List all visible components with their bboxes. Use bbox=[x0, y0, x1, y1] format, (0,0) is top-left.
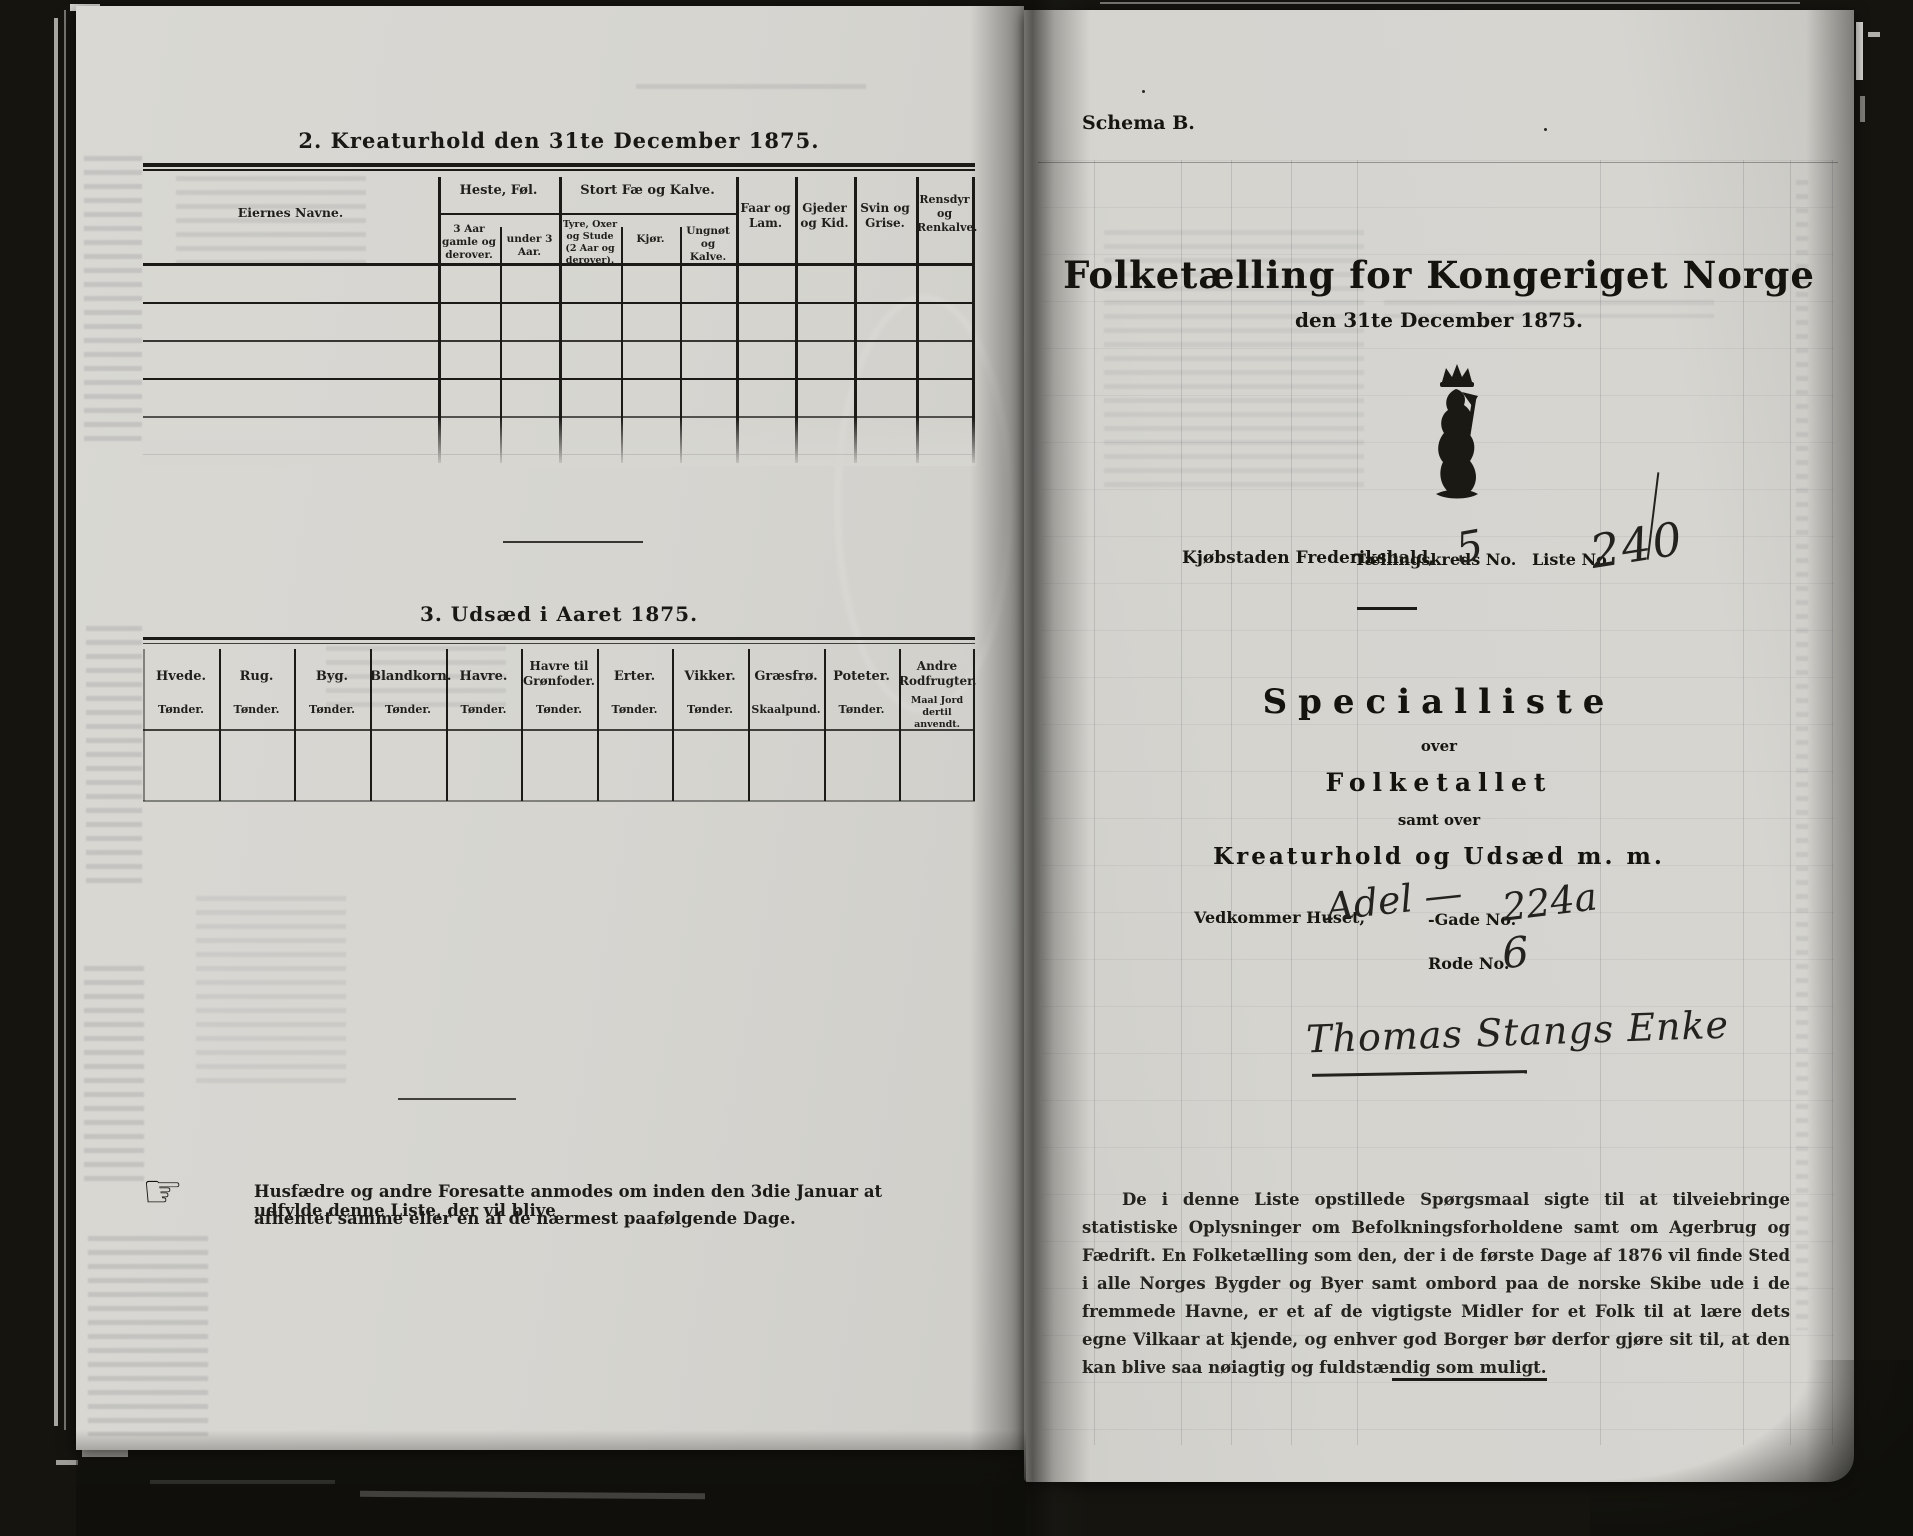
census-subtitle: den 31te December 1875. bbox=[1024, 308, 1854, 332]
bleedthrough-text bbox=[84, 156, 142, 446]
group-stort-fae: Stort Fæ og Kalve. bbox=[559, 183, 736, 199]
bleedthrough-text bbox=[88, 1236, 208, 1436]
table-rule bbox=[438, 213, 559, 215]
table-rule bbox=[143, 263, 975, 266]
unit: Tønder. bbox=[672, 703, 748, 717]
bleedthrough-text bbox=[636, 84, 866, 98]
bleedthrough-text bbox=[196, 896, 346, 1086]
paper-edge-mark bbox=[56, 1460, 78, 1465]
speck bbox=[1494, 1340, 1497, 1343]
kreaturhold-heading: Kreaturhold og Udsæd m. m. bbox=[1024, 843, 1854, 870]
col-poteter: Poteter. bbox=[824, 669, 899, 685]
over-label: over bbox=[1024, 737, 1854, 755]
speck bbox=[1142, 90, 1145, 93]
unit: Tønder. bbox=[219, 703, 294, 717]
rode-no-value-handwritten: 6 bbox=[1500, 927, 1531, 978]
unit: Tønder. bbox=[597, 703, 672, 717]
folketallet-heading: Folketallet bbox=[1024, 768, 1854, 797]
table-rule bbox=[143, 643, 975, 644]
col-hvede: Hvede. bbox=[143, 669, 219, 685]
paper-edge-line bbox=[64, 10, 66, 1430]
col-byg: Byg. bbox=[294, 669, 370, 685]
bleedthrough-text bbox=[84, 966, 144, 1186]
kreaturhold-table: Eiernes Navne. Heste, Føl. 3 Aar gamle o… bbox=[143, 163, 975, 463]
paper-edge-mark bbox=[360, 1491, 705, 1499]
unit: Tønder. bbox=[143, 703, 219, 717]
udsaed-table: Hvede. Rug. Byg. Blandkorn. Havre. Havre… bbox=[143, 637, 975, 805]
bleedthrough-rule bbox=[1790, 160, 1791, 1445]
unit: Maal Jord dertil anvendt. bbox=[899, 695, 975, 731]
col-graesfro: Græsfrø. bbox=[748, 669, 824, 685]
table-rule bbox=[559, 213, 736, 215]
col-faar-lam: Faar og Lam. bbox=[737, 201, 794, 231]
table-rule bbox=[143, 340, 975, 342]
col-eiernes-navne: Eiernes Navne. bbox=[143, 205, 438, 221]
schema-label: Schema B. bbox=[1082, 112, 1195, 134]
table-rule bbox=[143, 163, 975, 167]
col-gjeder-kid: Gjeder og Kid. bbox=[796, 201, 853, 231]
col-andre-rodfrugter: Andre Rodfrugter. bbox=[899, 659, 975, 689]
rode-no-label: Rode No. bbox=[1428, 954, 1510, 973]
table-rule bbox=[143, 637, 975, 640]
col-svin-grise: Svin og Grise. bbox=[855, 201, 915, 231]
sub-3aar: 3 Aar gamle og derover. bbox=[440, 223, 498, 262]
col-vikker: Vikker. bbox=[672, 669, 748, 685]
unit: Tønder. bbox=[824, 703, 899, 717]
footnote-line2: afhentet samme eller en af de nærmest pa… bbox=[254, 1209, 944, 1228]
speck bbox=[1544, 128, 1547, 131]
unit: Tønder. bbox=[370, 703, 446, 717]
paper-edge-mark bbox=[150, 1480, 335, 1484]
unit: Tønder. bbox=[294, 703, 370, 717]
sub-under3aar: under 3 Aar. bbox=[501, 233, 558, 259]
table2-title: 3. Udsæd i Aaret 1875. bbox=[143, 602, 975, 626]
table-rule bbox=[143, 169, 975, 171]
scanned-census-document: 2. Kreaturhold den 31te December 1875. bbox=[0, 0, 1913, 1536]
table-rule bbox=[143, 800, 975, 802]
coat-of-arms-lion-crest bbox=[1420, 362, 1494, 512]
separator-rule bbox=[398, 1098, 516, 1100]
separator-rule bbox=[503, 541, 643, 543]
unit: Skaalpund. bbox=[748, 703, 824, 717]
col-erter: Erter. bbox=[597, 669, 672, 685]
col-rensdyr: Rensdyr og Renkalve. bbox=[917, 193, 972, 234]
unit: Tønder. bbox=[521, 703, 597, 717]
bleedthrough-rule bbox=[1038, 162, 1838, 163]
table-rule bbox=[143, 378, 975, 380]
col-rug: Rug. bbox=[219, 669, 294, 685]
bleedthrough-rule bbox=[1832, 160, 1833, 1445]
col-havre: Havre. bbox=[446, 669, 521, 685]
samt-over-label: samt over bbox=[1024, 811, 1854, 829]
bleedthrough-text bbox=[86, 626, 142, 886]
specialliste-heading: Specialliste bbox=[1024, 682, 1854, 722]
table-fade bbox=[141, 418, 977, 466]
separator-rule bbox=[1357, 607, 1417, 610]
census-title: Folketælling for Kongeriget Norge bbox=[1024, 253, 1854, 297]
unit: Tønder. bbox=[446, 703, 521, 717]
paper-edge-mark bbox=[1860, 96, 1865, 122]
pointing-hand-icon: ☞ bbox=[142, 1164, 183, 1218]
sub-ungnot: Ungnøt og Kalve. bbox=[681, 225, 735, 264]
sub-kjor: Kjør. bbox=[622, 233, 679, 246]
tellingskreds-label: Tællingskreds No. bbox=[1354, 550, 1516, 569]
col-havre-gronfoder: Havre til Grønfoder. bbox=[521, 659, 597, 689]
table-rule bbox=[143, 302, 975, 304]
right-page: Schema B. Folketælling for Kongeriget No… bbox=[1024, 10, 1854, 1482]
sub-tyre-oxer: Tyre, Oxer og Stude (2 Aar og derover). bbox=[561, 219, 619, 267]
instruction-paragraph: De i denne Liste opstillede Spørgsmaal s… bbox=[1082, 1186, 1790, 1382]
table1-title: 2. Kreaturhold den 31te December 1875. bbox=[143, 128, 975, 153]
left-page: 2. Kreaturhold den 31te December 1875. bbox=[76, 6, 1024, 1450]
col-blandkorn: Blandkorn. bbox=[370, 669, 446, 685]
paper-edge-mark bbox=[1856, 22, 1863, 80]
paper-edge-line bbox=[1100, 2, 1800, 4]
separator-rule bbox=[1392, 1378, 1547, 1381]
paper-edge-line bbox=[54, 18, 58, 1426]
paper-edge-mark bbox=[1868, 32, 1880, 37]
group-heste-fol: Heste, Føl. bbox=[438, 183, 559, 199]
bleedthrough-numbers bbox=[1796, 180, 1808, 1330]
table-rule bbox=[143, 729, 975, 731]
